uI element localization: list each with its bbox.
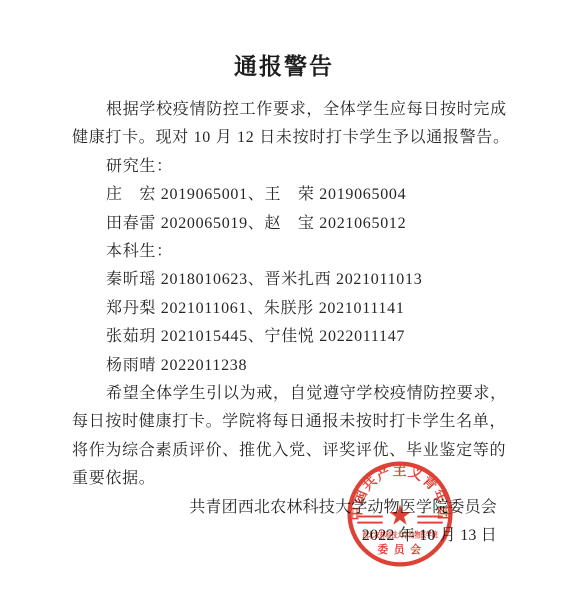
graduate-row: 田春雷 2020065019、赵 宝 2021065012 [72, 210, 505, 238]
intro-line-2: 健康打卡。现对 10 月 12 日未按时打卡学生予以通报警告。 [72, 124, 505, 152]
graduate-row: 庄 宏 2019065001、王 荣 2019065004 [72, 181, 505, 209]
star-icon: ★ [389, 503, 411, 530]
graduate-header: 研究生： [72, 153, 505, 181]
seal-org-text: 西北农林科技大学动物医学院 [362, 529, 438, 539]
intro-line-1: 根据学校疫情防控工作要求，全体学生应每日按时完成 [72, 96, 505, 124]
undergraduate-row: 郑丹梨 2021011061、朱朕彤 2021011141 [72, 295, 505, 323]
closing-line-2: 每日按时健康打卡。学院将每日通报未按时打卡学生名单， [72, 408, 505, 436]
document-page: 通报警告 根据学校疫情防控工作要求，全体学生应每日按时完成 健康打卡。现对 10… [0, 0, 568, 594]
undergraduate-row: 张茹玥 2021015445、宁佳悦 2022011147 [72, 323, 505, 351]
undergraduate-row: 秦昕瑶 2018010623、晋米扎西 2021011013 [72, 266, 505, 294]
official-seal: 中国共产主义青年团 ★ 西北农林科技大学动物医学院 委 员 会 [344, 458, 456, 570]
undergraduate-header: 本科生： [72, 238, 505, 266]
undergraduate-row: 杨雨晴 2022011238 [72, 352, 505, 380]
closing-line-1: 希望全体学生引以为戒，自觉遵守学校疫情防控要求， [72, 380, 505, 408]
seal-bottom-text: 委 员 会 [377, 543, 422, 556]
page-title: 通报警告 [0, 50, 568, 82]
